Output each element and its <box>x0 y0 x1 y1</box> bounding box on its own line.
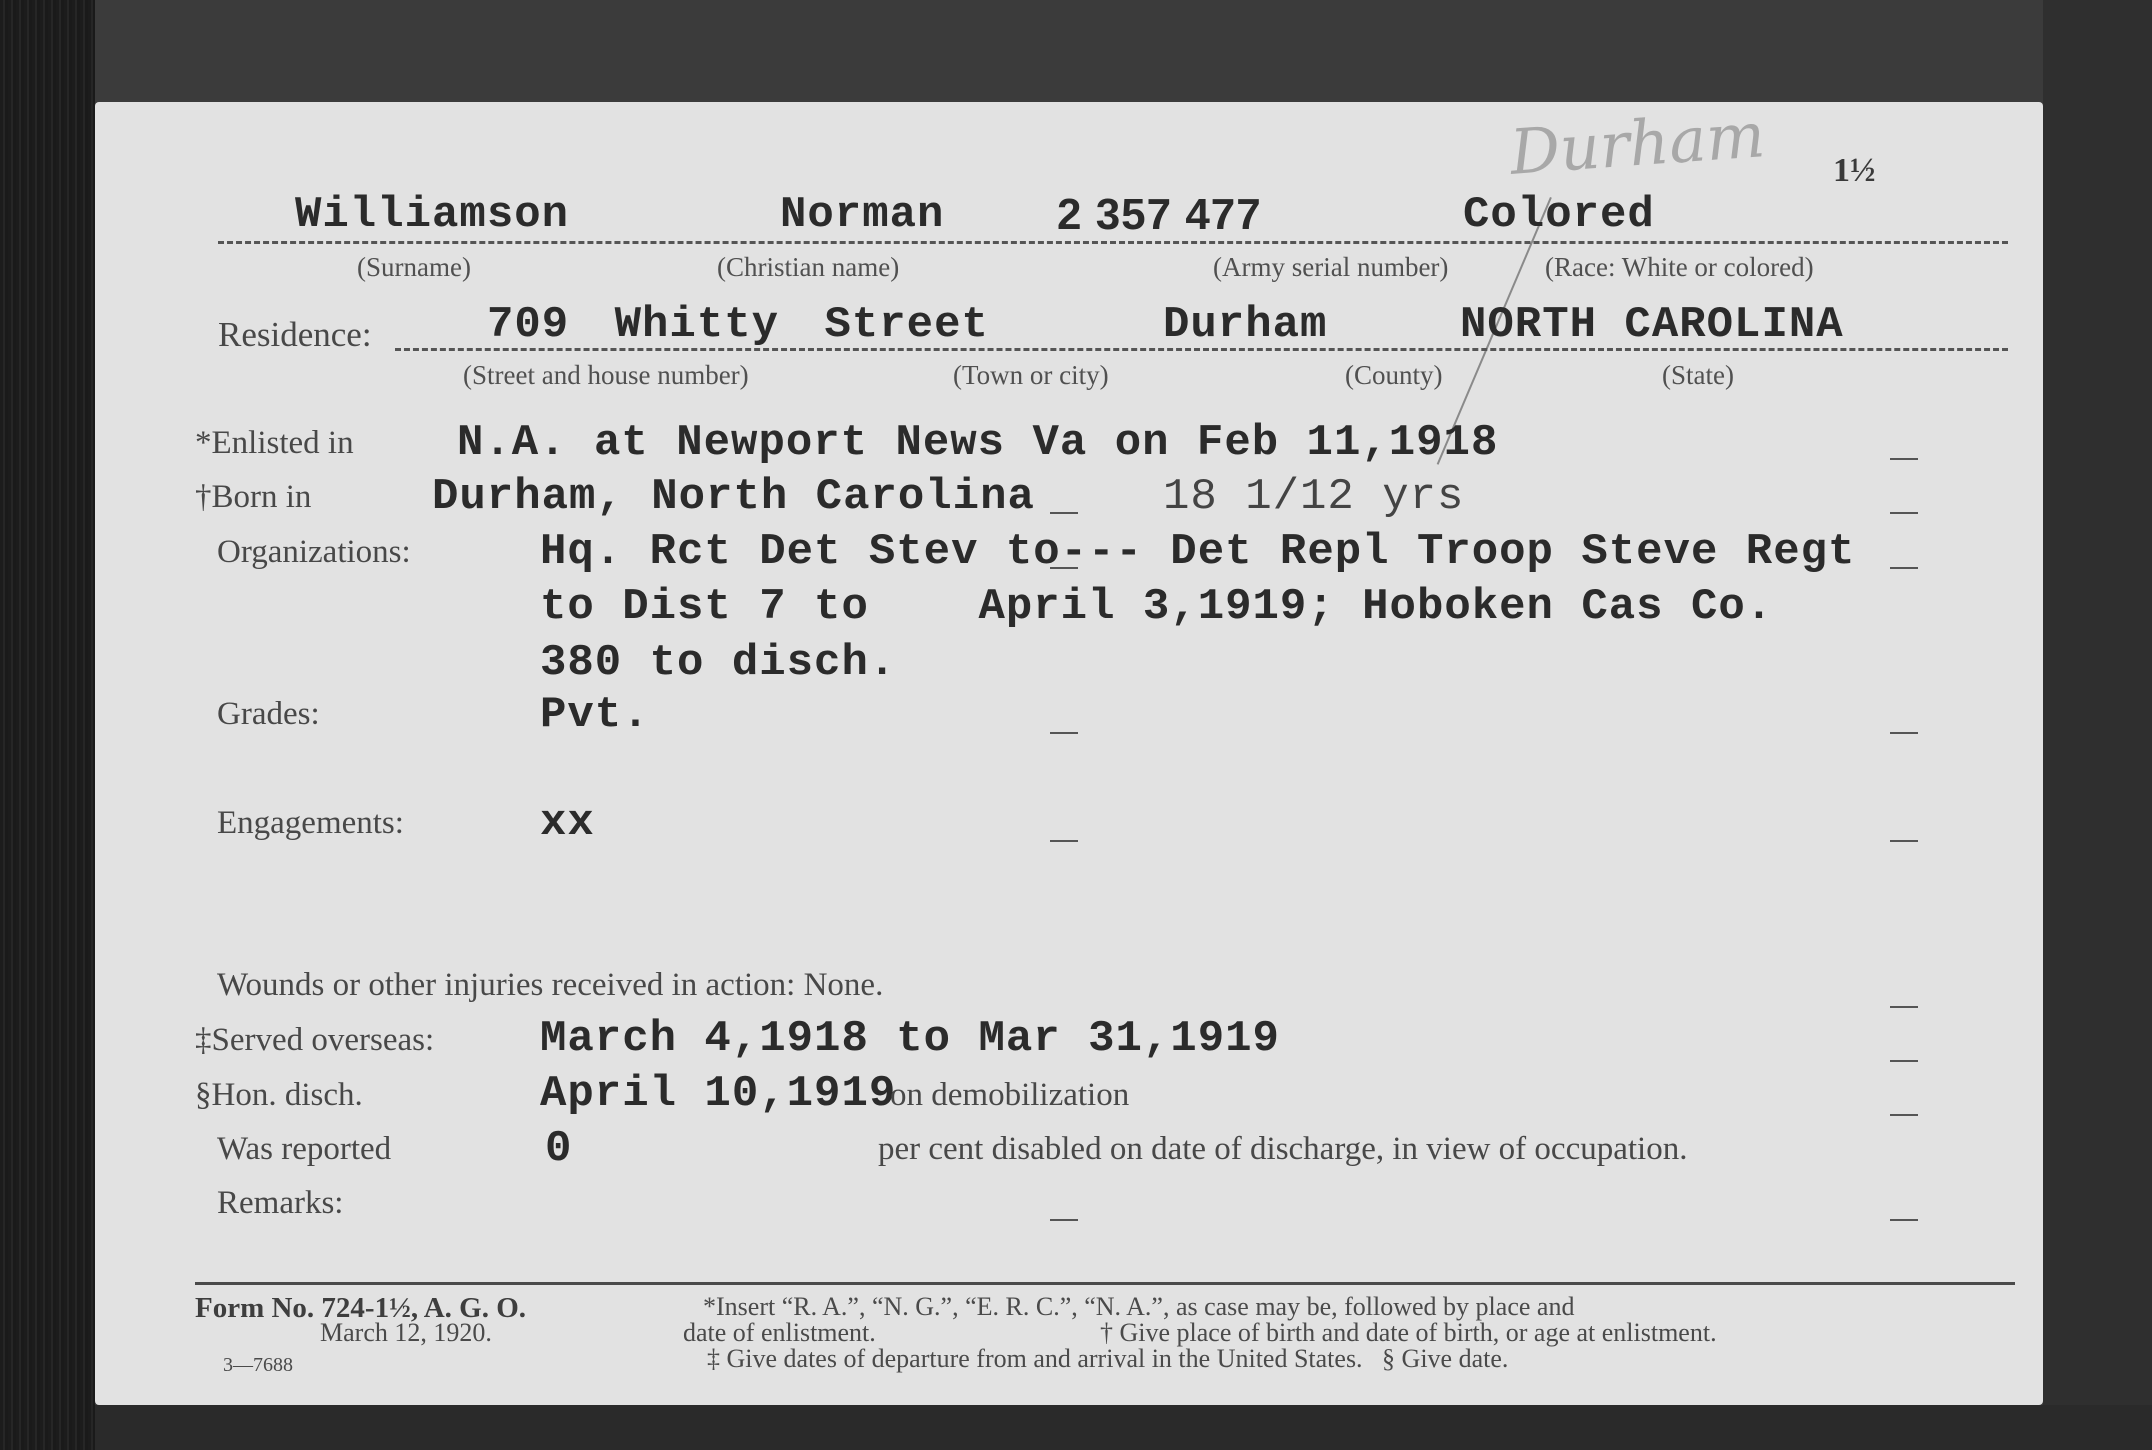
scanner-right-border <box>2043 0 2152 1450</box>
organizations-line-3: 380 to disch. <box>540 638 896 688</box>
form-date: March 12, 1920. <box>320 1318 492 1348</box>
field-mid-mark <box>1050 1219 1078 1221</box>
was-reported-label: Was reported <box>217 1131 391 1168</box>
field-end-mark <box>1890 1219 1918 1221</box>
was-reported-value: 0 <box>545 1124 572 1174</box>
surname-caption: (Surname) <box>357 252 471 283</box>
grades-label: Grades: <box>217 696 320 733</box>
scanner-left-border <box>0 0 95 1450</box>
footnote-overseas: ‡ Give dates of departure from and arriv… <box>707 1344 1508 1374</box>
residence-label: Residence: <box>218 315 372 355</box>
remarks-label: Remarks: <box>217 1185 343 1222</box>
field-mid-mark <box>1050 732 1078 734</box>
hon-disch-suffix: on demobilization <box>890 1077 1129 1114</box>
town-caption: (Town or city) <box>953 360 1109 391</box>
field-end-mark <box>1890 1114 1918 1116</box>
field-end-mark <box>1890 512 1918 514</box>
field-mid-mark <box>1050 567 1078 569</box>
field-mid-mark <box>1050 512 1078 514</box>
serial-number-value: 2 357 477 <box>1057 190 1262 240</box>
field-end-mark <box>1890 732 1918 734</box>
race-caption: (Race: White or colored) <box>1545 252 1814 283</box>
surname-value: Williamson <box>295 190 569 240</box>
race-value: Colored <box>1463 190 1655 240</box>
engagements-label: Engagements: <box>217 805 404 842</box>
organizations-line-1: Hq. Rct Det Stev to--- Det Repl Troop St… <box>540 527 1855 577</box>
print-code: 3—7688 <box>223 1354 293 1377</box>
state-value: NORTH CAROLINA <box>1460 300 1844 350</box>
born-age-value: 18 1/12 yrs <box>1163 472 1464 522</box>
enlisted-value: N.A. at Newport News Va on Feb 11,1918 <box>457 418 1498 468</box>
state-caption: (State) <box>1662 360 1734 391</box>
handwritten-county: Durham <box>1508 98 1767 189</box>
service-record-card: Durham 1½ Williamson Norman 2 357 477 Co… <box>95 102 2043 1405</box>
field-end-mark <box>1890 1060 1918 1062</box>
born-label: †Born in <box>195 479 311 516</box>
wounds-value: None. <box>804 967 884 1003</box>
organizations-line-2: to Dist 7 to April 3,1919; Hoboken Cas C… <box>540 582 1773 632</box>
served-overseas-label: ‡Served overseas: <box>195 1022 434 1059</box>
residence-dotted-line <box>395 348 2008 351</box>
field-mid-mark <box>1050 840 1078 842</box>
field-end-mark <box>1890 840 1918 842</box>
engagements-value: xx <box>540 798 595 848</box>
served-overseas-value: March 4,1918 to Mar 31,1919 <box>540 1014 1280 1064</box>
street-caption: (Street and house number) <box>463 360 749 391</box>
street-value: 709 Whitty Street <box>487 300 989 350</box>
field-end-mark <box>1890 458 1918 460</box>
enlisted-label: *Enlisted in <box>195 425 354 462</box>
hon-disch-label: §Hon. disch. <box>195 1077 363 1114</box>
grades-value: Pvt. <box>540 690 650 740</box>
field-end-mark <box>1890 1006 1918 1008</box>
wounds-label: Wounds or other injuries received in act… <box>217 967 883 1004</box>
name-row-dotted-line <box>218 241 2008 244</box>
born-place-value: Durham, North Carolina <box>432 472 1035 522</box>
county-caption: (County) <box>1345 360 1443 391</box>
form-fraction: 1½ <box>1833 152 1876 190</box>
footer-rule <box>195 1282 2015 1285</box>
field-end-mark <box>1890 567 1918 569</box>
county-value: Durham <box>1163 300 1327 350</box>
christian-name-caption: (Christian name) <box>717 252 899 283</box>
organizations-label: Organizations: <box>217 534 411 571</box>
hon-disch-value: April 10,1919 <box>540 1069 896 1119</box>
christian-name-value: Norman <box>780 190 944 240</box>
scanner-bottom-border <box>95 1405 2152 1450</box>
serial-number-caption: (Army serial number) <box>1213 252 1448 283</box>
was-reported-suffix: per cent disabled on date of discharge, … <box>878 1131 1687 1168</box>
